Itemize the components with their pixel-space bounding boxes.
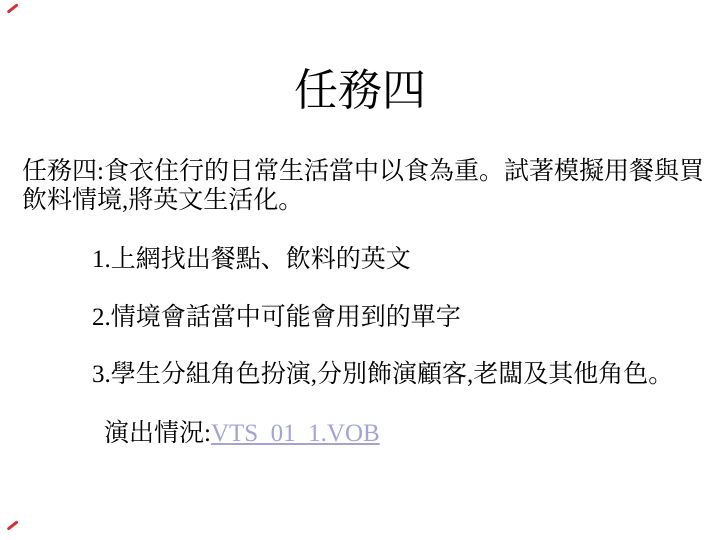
task-number: 1.: [92, 246, 111, 273]
vob-video-link[interactable]: VTS_01_1.VOB: [211, 420, 380, 447]
task-text: 學生分組角色扮演,分別飾演顧客,老闆及其他角色。: [111, 361, 674, 388]
task-text: 上網找出餐點、飲料的英文: [111, 246, 411, 273]
slide-title: 任務四: [0, 66, 720, 117]
task-item-3: 3.學生分組角色扮演,分別飾演顧客,老闆及其他角色。: [92, 360, 673, 389]
presentation-slide: 任務四 任務四:食衣住行的日常生活當中以食為重。試著模擬用餐與買飲料情境,將英文…: [0, 0, 720, 540]
intro-paragraph: 任務四:食衣住行的日常生活當中以食為重。試著模擬用餐與買飲料情境,將英文生活化。: [22, 157, 712, 215]
red-corner-mark-bottom: [7, 520, 19, 530]
performance-status-label: 演出情況:: [104, 420, 211, 447]
task-text: 情境會話當中可能會用到的單字: [111, 304, 461, 331]
task-number: 2.: [92, 304, 111, 331]
task-item-1: 1.上網找出餐點、飲料的英文: [92, 245, 411, 274]
red-corner-mark-top: [7, 3, 19, 13]
task-item-2: 2.情境會話當中可能會用到的單字: [92, 303, 461, 332]
task-number: 3.: [92, 361, 111, 388]
performance-status-line: 演出情況:VTS_01_1.VOB: [104, 419, 380, 448]
